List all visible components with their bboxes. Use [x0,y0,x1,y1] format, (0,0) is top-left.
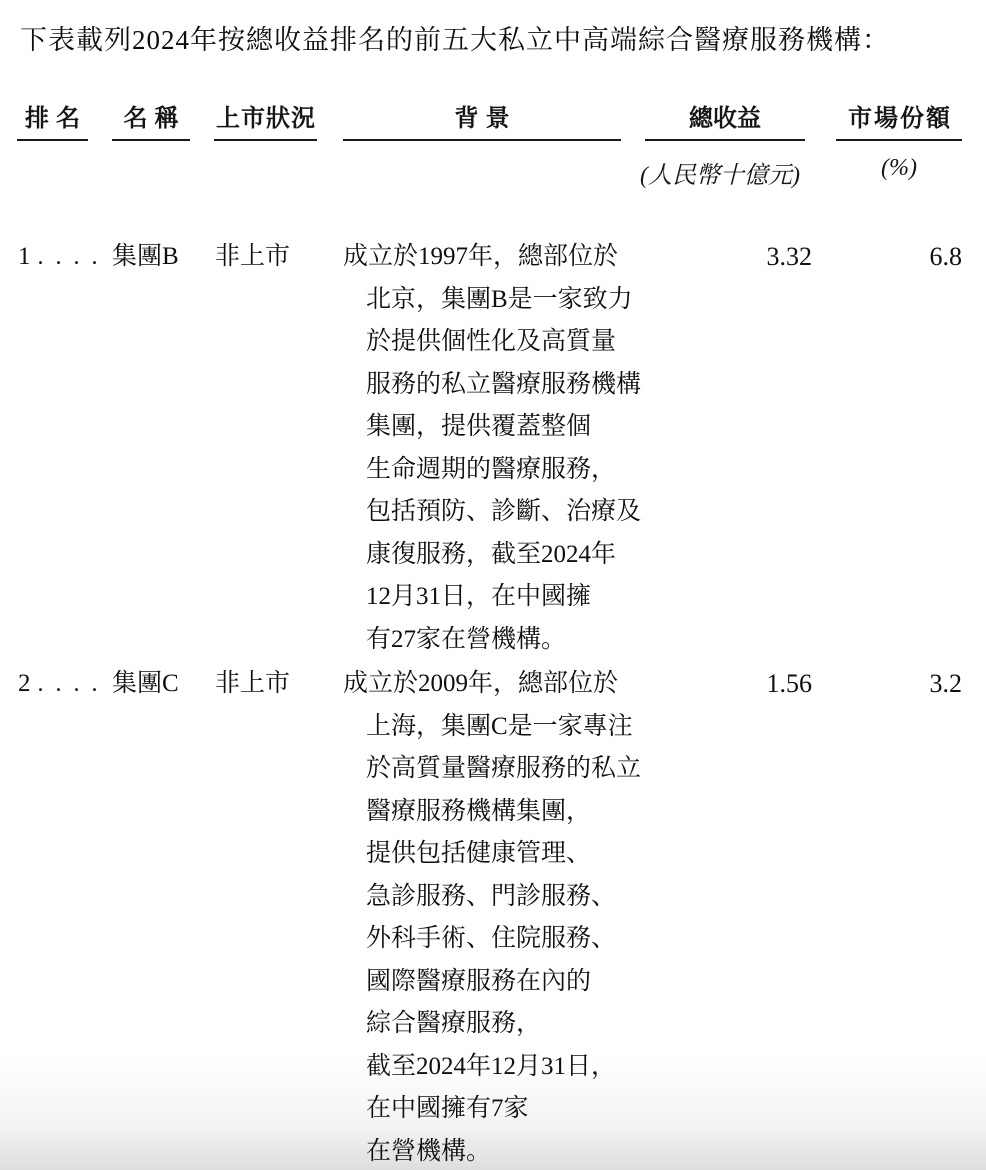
revenue-unit-label: (人民幣十億元) [615,155,825,190]
column-header-rank: 排名 [17,105,88,141]
background-text-line: 服務的私立醫療服務機構 [343,364,663,407]
background-cell: 成立於2009年，總部位於上海，集團C是一家專注於高質量醫療服務的私立醫療服務機… [343,663,663,1170]
name-cell: 集團C [112,663,179,706]
background-cell: 成立於1997年，總部位於北京，集團B是一家致力於提供個性化及高質量服務的私立醫… [343,236,663,661]
name-cell: 集團B [112,236,179,279]
market-share-value: 3.2 [836,663,962,706]
background-text-line: 外科手術、住院服務、 [343,918,663,961]
listing-status-cell: 非上市 [215,663,290,706]
revenue-value: 3.32 [625,236,812,279]
background-text-line: 生命週期的醫療服務， [343,449,663,492]
background-text-line: 康復服務，截至2024年 [343,534,663,577]
revenue-value: 1.56 [625,663,812,706]
background-text-line: 提供包括健康管理、 [343,833,663,876]
background-text-line: 綜合醫療服務， [343,1003,663,1046]
market-share-value: 6.8 [836,236,962,279]
background-text-line: 於高質量醫療服務的私立 [343,748,663,791]
column-header-share: 市場份額 [836,105,962,141]
background-text-line: 在營機構。 [343,1131,663,1170]
background-text-line: 成立於1997年，總部位於 [343,236,663,279]
dot-leader: . . . . [38,671,101,697]
rank-number: 1 [18,243,31,270]
background-text-line: 醫療服務機構集團， [343,791,663,834]
background-text-line: 集團，提供覆蓋整個 [343,406,663,449]
background-text-line: 成立於2009年，總部位於 [343,663,663,706]
column-header-listing: 上市狀況 [214,105,317,141]
background-text-line: 12月31日，在中國擁 [343,576,663,619]
rank-number: 2 [18,670,31,697]
column-header-background: 背景 [343,105,621,141]
document-page: 下表載列2024年按總收益排名的前五大私立中高端綜合醫療服務機構： 排名 名稱 … [0,0,986,1170]
background-text-line: 國際醫療服務在內的 [343,961,663,1004]
rank-cell: 2. . . . [18,663,101,706]
share-unit-label: (%) [836,155,962,182]
background-text-line: 有27家在營機構。 [343,619,663,662]
background-text-line: 截至2024年12月31日， [343,1046,663,1089]
dot-leader: . . . . [38,244,101,270]
background-text-line: 包括預防、診斷、治療及 [343,491,663,534]
background-text-line: 在中國擁有7家 [343,1088,663,1131]
listing-status-cell: 非上市 [215,236,290,279]
background-text-line: 北京，集團B是一家致力 [343,279,663,322]
background-text-line: 於提供個性化及高質量 [343,321,663,364]
column-header-name: 名稱 [112,105,190,141]
background-text-line: 上海，集團C是一家專注 [343,706,663,749]
background-text-line: 急診服務、門診服務、 [343,876,663,919]
table-caption: 下表載列2024年按總收益排名的前五大私立中高端綜合醫療服務機構： [20,18,890,57]
rank-cell: 1. . . . [18,236,101,279]
column-header-revenue: 總收益 [645,105,805,141]
